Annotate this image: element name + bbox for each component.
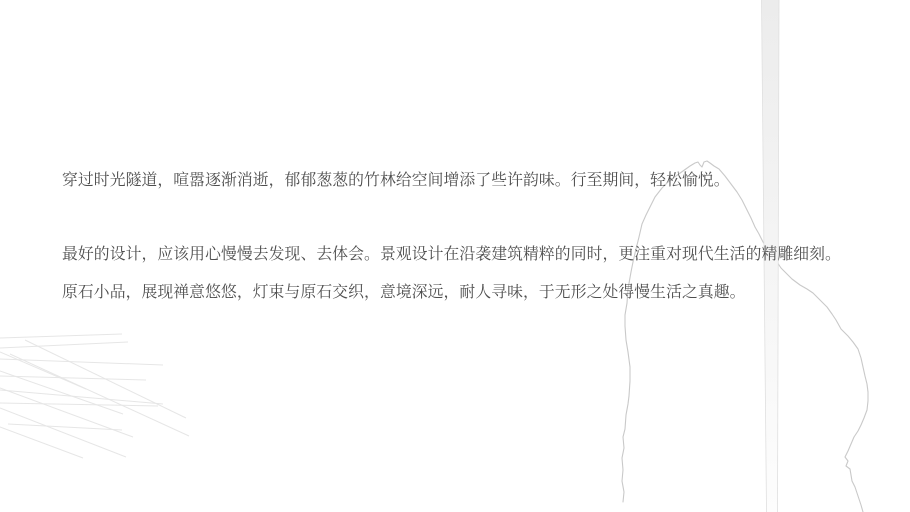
- rock-sketch-outline: [622, 161, 868, 512]
- paragraph-best-design: 最好的设计，应该用心慢慢去发现、去体会。景观设计在沿袭建筑精粹的同时，更注重对现…: [62, 245, 841, 265]
- perspective-grid-lines: [0, 334, 189, 458]
- slide: 穿过时光隧道，喧嚣逐渐消逝，郁郁葱葱的竹林给空间增添了些许韵味。行至期间，轻松愉…: [0, 0, 910, 512]
- paragraph-raw-stone: 原石小品，展现禅意悠悠，灯束与原石交织，意境深远，耐人寻味，于无形之处得慢生活之…: [62, 283, 746, 303]
- paragraph-time-tunnel: 穿过时光隧道，喧嚣逐渐消逝，郁郁葱葱的竹林给空间增添了些许韵味。行至期间，轻松愉…: [62, 171, 730, 191]
